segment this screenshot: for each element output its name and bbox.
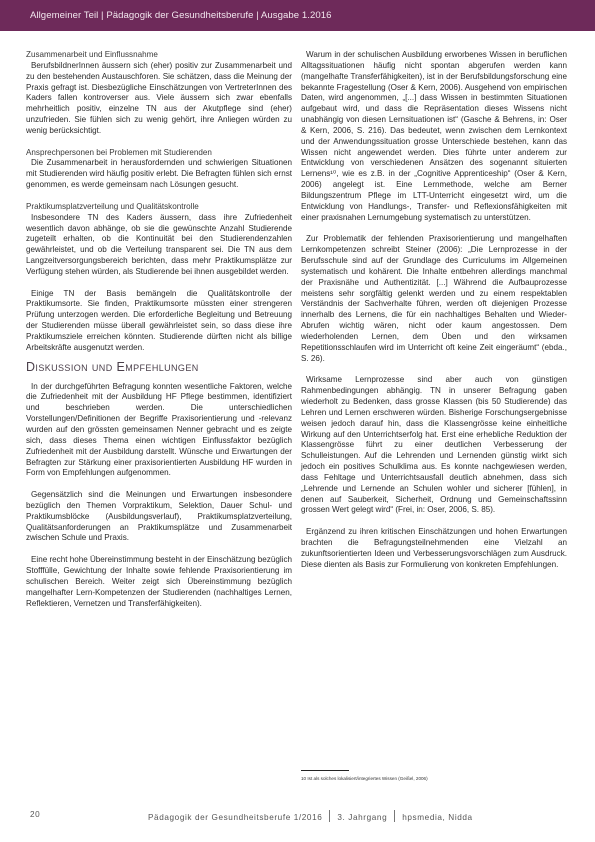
- paragraph-transfer: Warum in der schulischen Ausbildung erwo…: [301, 50, 567, 224]
- paragraph-discussion-2: Gegensätzlich sind die Meinungen und Erw…: [26, 490, 292, 544]
- paragraph-discussion-1: In der durchgeführten Befragung konnten …: [26, 382, 292, 480]
- running-header-band: Allgemeiner Teil | Pädagogik der Gesundh…: [0, 0, 595, 31]
- footnote-divider: [301, 770, 349, 771]
- spacer: [26, 137, 292, 148]
- paragraph-ansprechpersonen: Die Zusammenarbeit in herausfordernden u…: [26, 158, 292, 191]
- paragraph-rahmenbedingungen: Wirksame Lernprozesse sind aber auch von…: [301, 375, 567, 516]
- running-header-title: Allgemeiner Teil | Pädagogik der Gesundh…: [30, 10, 332, 21]
- footer-separator: [329, 810, 330, 822]
- paragraph-qualitaetskontrolle: Einige TN der Basis bemängeln die Qualit…: [26, 289, 292, 354]
- paragraph-steiner-quote: Zur Problematik der fehlenden Praxisorie…: [301, 234, 567, 364]
- spacer: [301, 516, 567, 527]
- footer-separator: [394, 810, 395, 822]
- left-column: Zusammenarbeit und Einflussnahme Berufsb…: [26, 50, 292, 609]
- spacer: [26, 544, 292, 555]
- footer-volume: 3. Jahrgang: [337, 813, 387, 822]
- footer-info: Pädagogik der Gesundheitsberufe 1/20163.…: [148, 810, 473, 822]
- section-heading-diskussion: Diskussion und Empfehlungen: [26, 360, 292, 374]
- spacer: [26, 479, 292, 490]
- subhead-ansprechpersonen: Ansprechpersonen bei Problemen mit Studi…: [26, 148, 292, 159]
- footer-journal: Pädagogik der Gesundheitsberufe 1/2016: [148, 813, 322, 822]
- paragraph-empfehlungen: Ergänzend zu ihren kritischen Einschätzu…: [301, 527, 567, 570]
- right-column: Warum in der schulischen Ausbildung erwo…: [301, 50, 567, 571]
- spacer: [301, 224, 567, 235]
- spacer: [26, 278, 292, 289]
- footer-publisher: hpsmedia, Nidda: [402, 813, 472, 822]
- spacer: [26, 191, 292, 202]
- paragraph-discussion-3: Eine recht hohe Übereinstimmung besteht …: [26, 555, 292, 609]
- page-footer: 20 Pädagogik der Gesundheitsberufe 1/201…: [0, 810, 595, 824]
- page-number: 20: [30, 810, 40, 819]
- paragraph-zusammenarbeit: BerufsbildnerInnen äussern sich (eher) p…: [26, 61, 292, 137]
- paragraph-praktikumsplatzverteilung: Insbesondere TN des Kaders äussern, dass…: [26, 213, 292, 278]
- subhead-praktikumsplatzverteilung: Praktikumsplatzverteilung und Qualitätsk…: [26, 202, 292, 213]
- subhead-zusammenarbeit: Zusammenarbeit und Einflussnahme: [26, 50, 292, 61]
- spacer: [301, 364, 567, 375]
- footnote-10: 10 Ist als solches lokalisiert/integrier…: [301, 776, 428, 781]
